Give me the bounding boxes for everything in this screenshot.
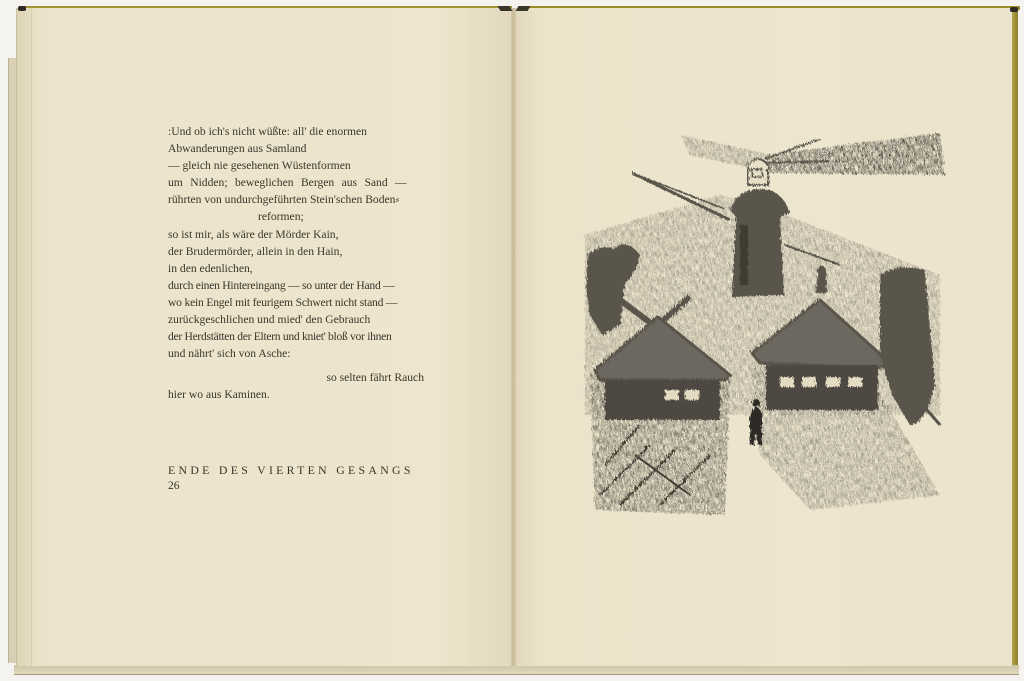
corner-wear-right — [1010, 7, 1018, 12]
poem-line: zurückgeschlichen und mied' den Gebrauch — [168, 311, 424, 328]
book-cover-right-edge — [1012, 8, 1018, 668]
poem-line: der Brudermörder, allein in den Hain, — [168, 243, 424, 260]
lighthouse-village-illustration — [580, 125, 950, 525]
spine-top-mark — [499, 6, 529, 12]
poem-line: Abwanderungen aus Samland — [168, 140, 424, 157]
poem-line: so selten fährt Rauch — [168, 362, 424, 386]
poem-text: :Und ob ich's nicht wüßte: all' die enor… — [168, 123, 424, 404]
section-end-heading: ENDE DES VIERTEN GESANGS — [168, 463, 414, 478]
book-gutter — [511, 8, 516, 666]
poem-line: durch einen Hintereingang — so unter der… — [168, 277, 424, 294]
poem-line: und nährt' sich von Asche: — [168, 345, 424, 362]
book-cover-bottom-edge — [14, 665, 1019, 675]
page-stack-edge — [17, 8, 32, 666]
poem-line: hier wo aus Kaminen. — [168, 386, 424, 403]
poem-line: reformen; — [168, 208, 424, 225]
page-number: 26 — [168, 480, 180, 492]
poem-line: in den edenlichen, — [168, 260, 424, 277]
poem-line: — gleich nie gesehenen Wüstenformen — [168, 157, 424, 174]
corner-wear-left — [18, 6, 26, 11]
poem-line: so ist mir, als wäre der Mörder Kain, — [168, 226, 424, 243]
open-book: :Und ob ich's nicht wüßte: all' die enor… — [0, 0, 1024, 681]
poem-line: :Und ob ich's nicht wüßte: all' die enor… — [168, 123, 424, 140]
poem-line: wo kein Engel mit feurigem Schwert nicht… — [168, 294, 424, 311]
poem-line: rührten von undurchgeführten Stein'schen… — [168, 191, 424, 208]
poem-line: um Nidden; beweglichen Bergen aus Sand — — [168, 174, 424, 191]
poem-line: der Herdstätten der Eltern und kniet' bl… — [168, 328, 424, 345]
